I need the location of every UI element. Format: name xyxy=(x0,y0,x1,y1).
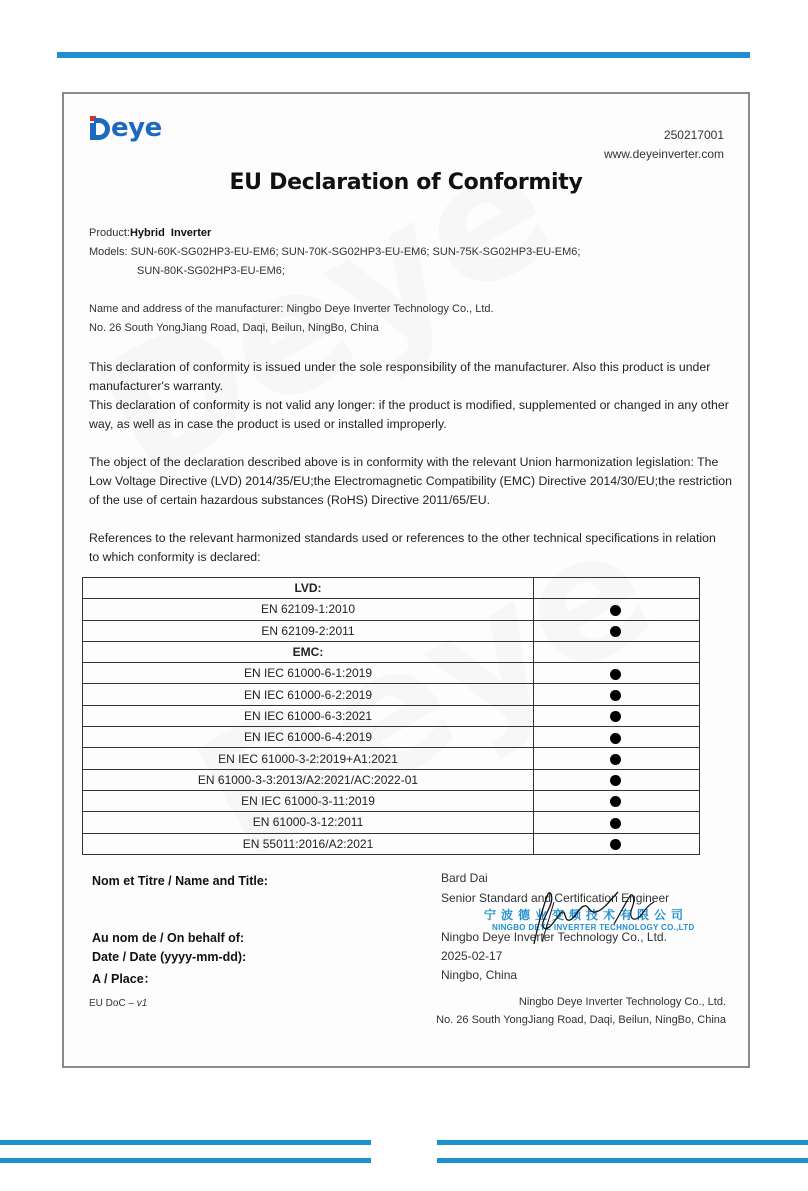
table-section-header: LVD: xyxy=(83,578,700,599)
place-label: A / Place： xyxy=(92,969,156,987)
compliance-cell xyxy=(534,833,700,854)
filled-bullet-icon xyxy=(610,605,621,616)
doc-version-number: v1 xyxy=(137,998,148,1009)
standard-name: EN 55011:2016/A2:2021 xyxy=(83,833,534,854)
compliance-cell xyxy=(534,641,700,662)
filled-bullet-icon xyxy=(610,775,621,786)
doc-version-prefix: EU DoC – xyxy=(89,998,137,1009)
document-version: EU DoC – v1 xyxy=(89,998,147,1009)
section-label: EMC: xyxy=(83,641,534,662)
product-value: Hybrid Inverter xyxy=(130,227,211,239)
models-line-1: Models: SUN-60K-SG02HP3-EU-EM6; SUN-70K-… xyxy=(89,243,580,262)
page-title: EU Declaration of Conformity xyxy=(64,170,748,195)
table-row: EN IEC 61000-3-11:2019 xyxy=(83,790,700,811)
logo-d-mark-icon xyxy=(90,116,110,140)
standard-name: EN IEC 61000-6-4:2019 xyxy=(83,727,534,748)
bottom-accent-bar-right-1 xyxy=(437,1140,808,1145)
filled-bullet-icon xyxy=(610,626,621,637)
signature-place: Ningbo, China xyxy=(441,968,517,982)
product-label: Product: xyxy=(89,227,130,239)
compliance-cell xyxy=(534,578,700,599)
standard-name: EN IEC 61000-6-2:2019 xyxy=(83,684,534,705)
bottom-accent-bar-left-2 xyxy=(0,1158,371,1163)
standard-name: EN IEC 61000-6-1:2019 xyxy=(83,663,534,684)
compliance-cell xyxy=(534,727,700,748)
table-row: EN 62109-1:2010 xyxy=(83,599,700,620)
standard-name: EN 62109-2:2011 xyxy=(83,620,534,641)
standard-name: EN IEC 61000-3-11:2019 xyxy=(83,790,534,811)
date-label: Date / Date (yyyy-mm-dd): xyxy=(92,950,246,964)
name-title-label: Nom et Titre / Name and Title: xyxy=(92,874,268,888)
filled-bullet-icon xyxy=(610,733,621,744)
table-row: EN IEC 61000-6-4:2019 xyxy=(83,727,700,748)
footer-company: Ningbo Deye Inverter Technology Co., Ltd… xyxy=(519,996,726,1008)
responsibility-text: This declaration of conformity is issued… xyxy=(89,358,729,396)
table-row: EN 62109-2:2011 xyxy=(83,620,700,641)
standards-table: LVD:EN 62109-1:2010EN 62109-2:2011EMC:EN… xyxy=(82,577,700,855)
filled-bullet-icon xyxy=(610,818,621,829)
compliance-cell xyxy=(534,705,700,726)
filled-bullet-icon xyxy=(610,711,621,722)
signature-date: 2025-02-17 xyxy=(441,949,502,963)
conformity-objective: The object of the declaration described … xyxy=(89,453,734,510)
table-row: EN IEC 61000-6-2:2019 xyxy=(83,684,700,705)
logo-text: eye xyxy=(111,116,162,140)
bottom-accent-bar-left-1 xyxy=(0,1140,371,1145)
top-accent-bar xyxy=(57,52,750,58)
product-line: Product:Hybrid Inverter xyxy=(89,224,211,243)
filled-bullet-icon xyxy=(610,690,621,701)
standard-name: EN 61000-3-12:2011 xyxy=(83,812,534,833)
compliance-cell xyxy=(534,663,700,684)
standard-name: EN IEC 61000-3-2:2019+A1:2021 xyxy=(83,748,534,769)
table-row: EN 55011:2016/A2:2021 xyxy=(83,833,700,854)
models-line-2: SUN-80K-SG02HP3-EU-EM6; xyxy=(137,262,285,281)
references-statement: References to the relevant harmonized st… xyxy=(89,529,729,567)
standard-name: EN 61000-3-3:2013/A2:2021/AC:2022-01 xyxy=(83,769,534,790)
section-label: LVD: xyxy=(83,578,534,599)
table-row: EN IEC 61000-3-2:2019+A1:2021 xyxy=(83,748,700,769)
standard-name: EN IEC 61000-6-3:2021 xyxy=(83,705,534,726)
manufacturer-name: Name and address of the manufacturer: Ni… xyxy=(89,300,494,319)
bottom-accent-bar-right-2 xyxy=(437,1158,808,1163)
document-number: 250217001 xyxy=(664,128,724,142)
website-url: www.deyeinverter.com xyxy=(604,147,724,161)
declaration-document: Deye Deye eye 250217001 www.deyeinverter… xyxy=(62,92,750,1068)
compliance-cell xyxy=(534,790,700,811)
filled-bullet-icon xyxy=(610,839,621,850)
standard-name: EN 62109-1:2010 xyxy=(83,599,534,620)
handwritten-signature-icon xyxy=(504,884,664,954)
on-behalf-label: Au nom de / On behalf of: xyxy=(92,931,244,945)
table-row: EN 61000-3-12:2011 xyxy=(83,812,700,833)
validity-text: This declaration of conformity is not va… xyxy=(89,396,729,434)
table-section-header: EMC: xyxy=(83,641,700,662)
table-row: EN IEC 61000-6-3:2021 xyxy=(83,705,700,726)
deye-logo: eye xyxy=(90,104,162,140)
compliance-cell xyxy=(534,812,700,833)
compliance-cell xyxy=(534,599,700,620)
signatory-name: Bard Dai xyxy=(441,871,488,885)
compliance-cell xyxy=(534,769,700,790)
footer-address: No. 26 South YongJiang Road, Daqi, Beilu… xyxy=(436,1014,726,1026)
manufacturer-address: No. 26 South YongJiang Road, Daqi, Beilu… xyxy=(89,319,379,338)
table-row: EN 61000-3-3:2013/A2:2021/AC:2022-01 xyxy=(83,769,700,790)
filled-bullet-icon xyxy=(610,669,621,680)
responsibility-statement: This declaration of conformity is issued… xyxy=(89,358,729,434)
compliance-cell xyxy=(534,620,700,641)
compliance-cell xyxy=(534,748,700,769)
filled-bullet-icon xyxy=(610,796,621,807)
filled-bullet-icon xyxy=(610,754,621,765)
table-row: EN IEC 61000-6-1:2019 xyxy=(83,663,700,684)
compliance-cell xyxy=(534,684,700,705)
